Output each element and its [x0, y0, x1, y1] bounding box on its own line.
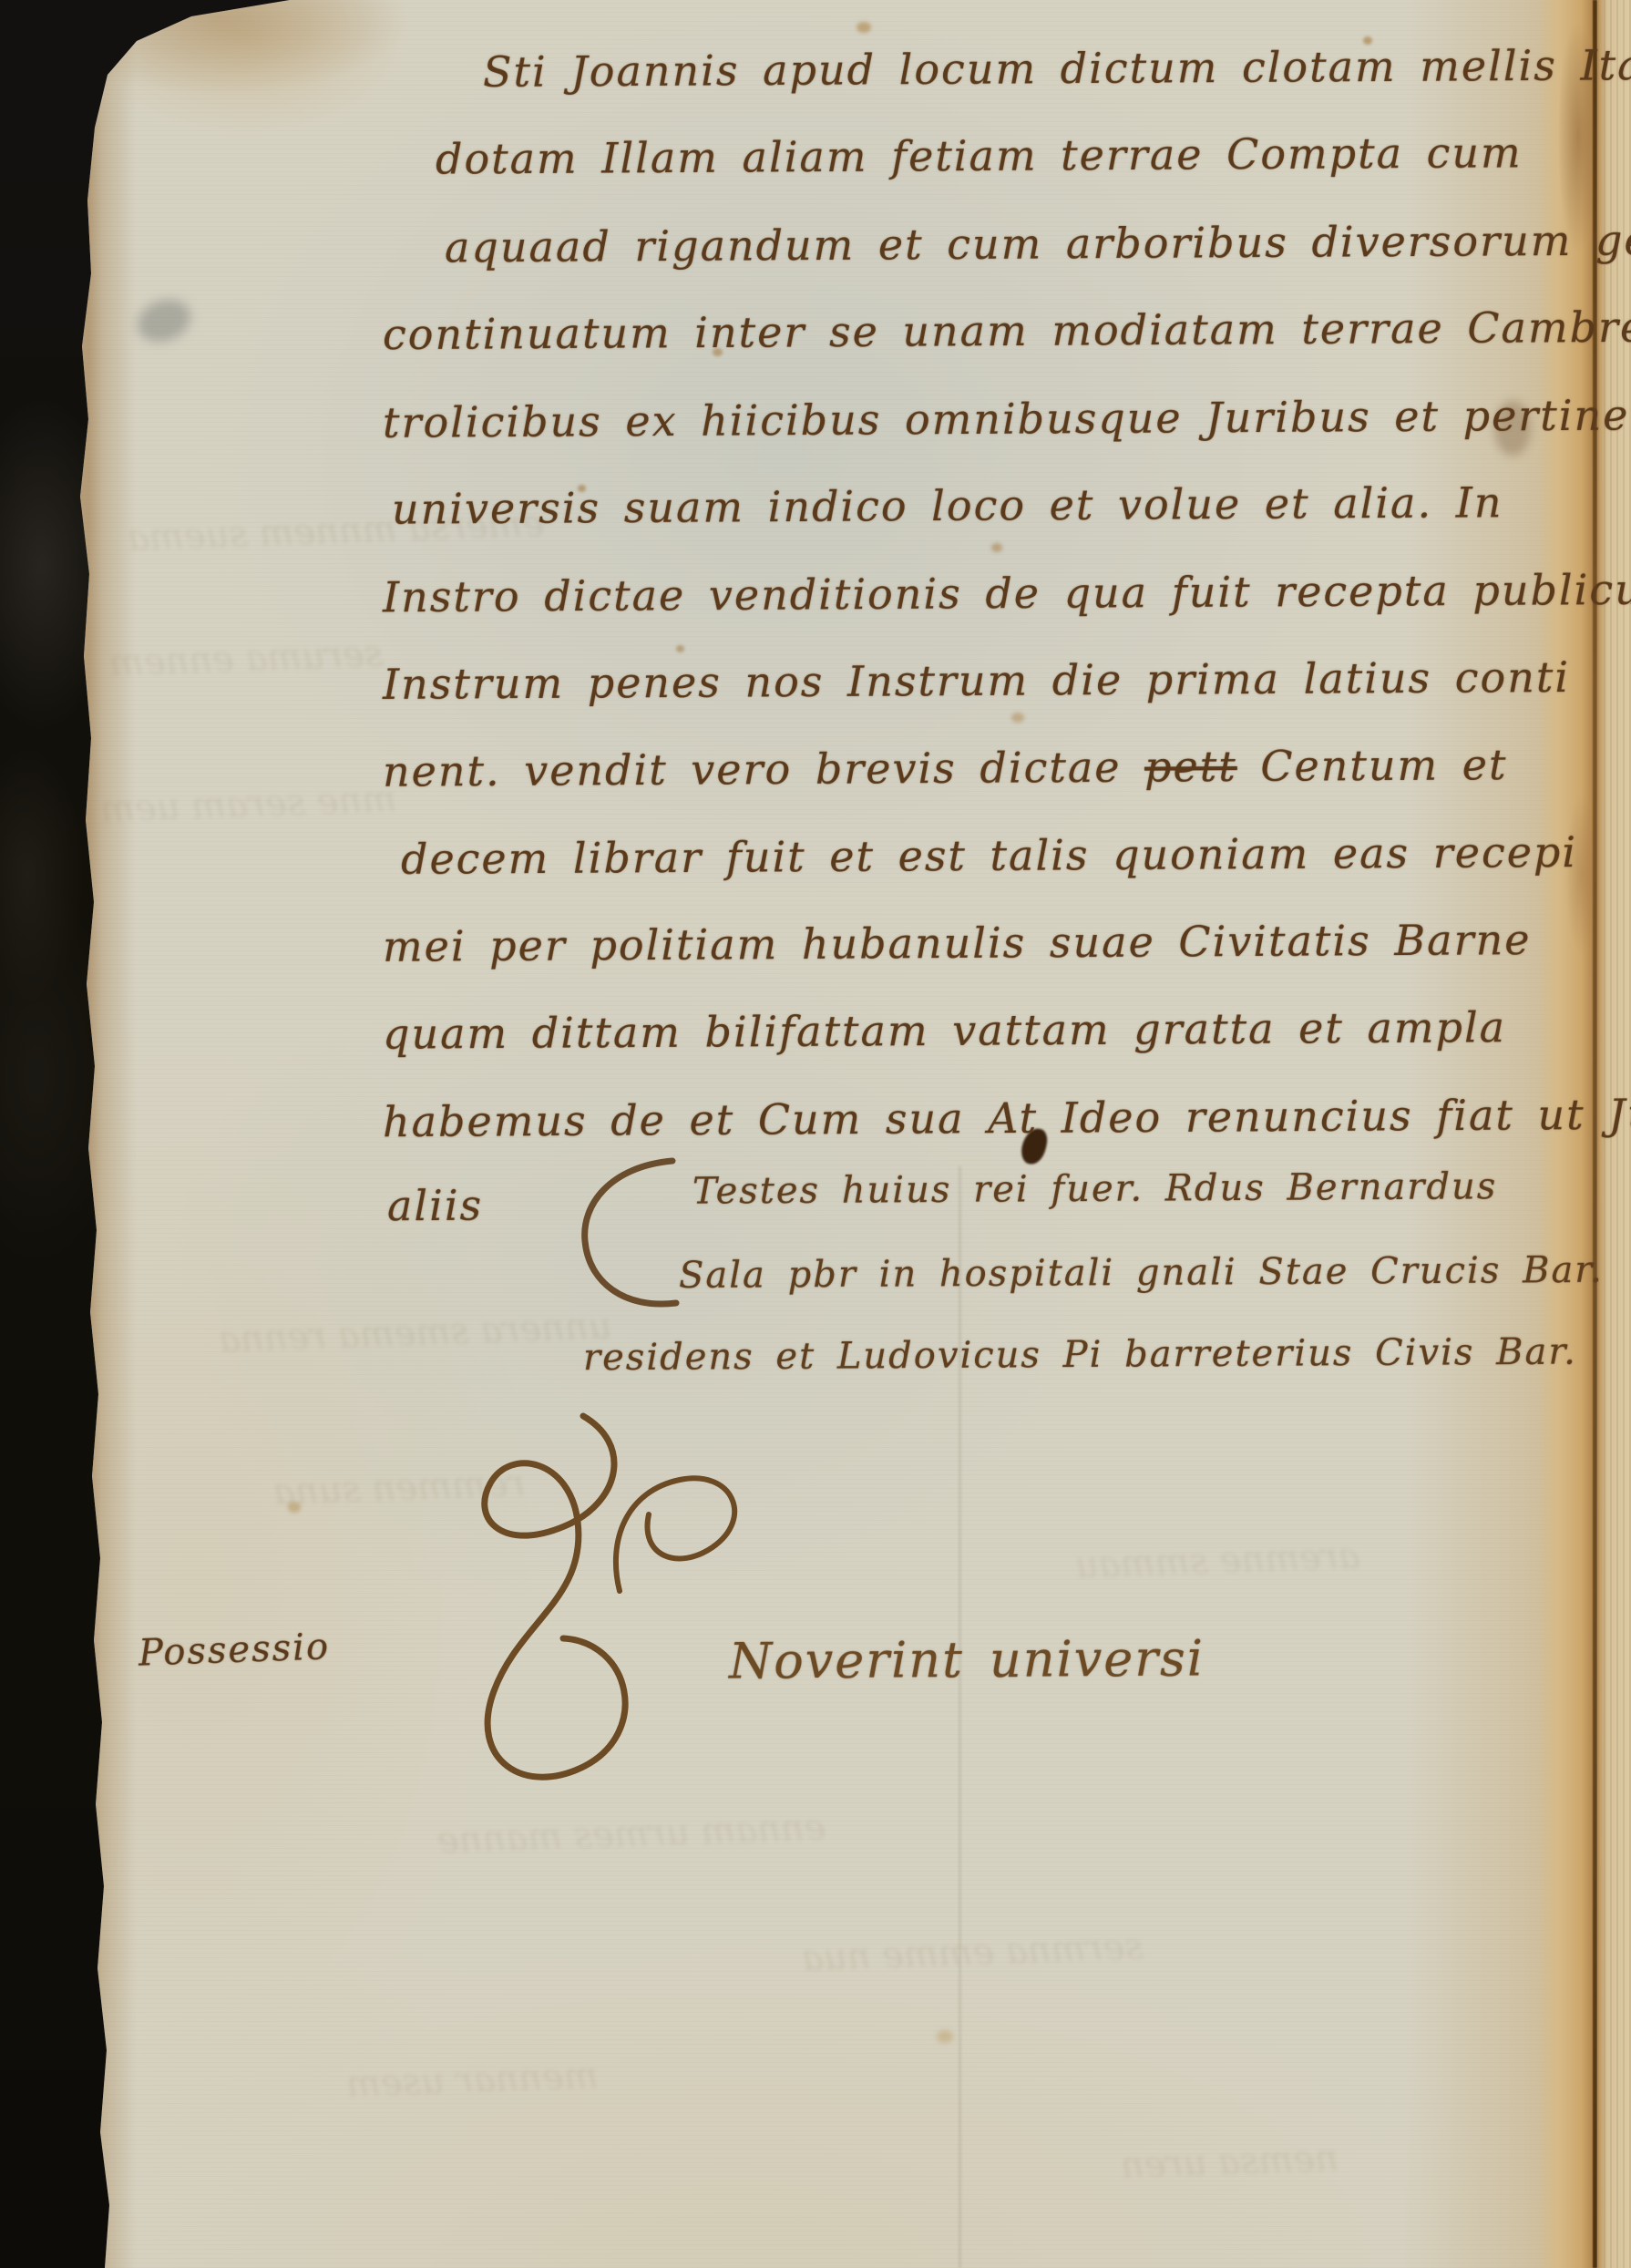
- manuscript-line: universis suam indico loco et volue et a…: [392, 477, 1503, 533]
- manuscript-line: trolicibus ex hiicibus omnibusque Juribu…: [383, 389, 1631, 447]
- manuscript-line: aliis: [387, 1181, 483, 1231]
- notarial-paraph-flourish: [392, 1403, 756, 1786]
- manuscript-line: Sti Joannis apud locum dictum clotam mel…: [483, 40, 1631, 97]
- manuscript-line: decem librar fuit et est talis quoniam e…: [401, 827, 1577, 884]
- manuscript-line: aquaad rigandum et cum arboribus diverso…: [445, 214, 1631, 272]
- line-segment: nent. vendit vero brevis dictae: [383, 743, 1144, 796]
- witness-line: Testes huius rei fuer. Rdus Bernardus: [692, 1165, 1498, 1212]
- manuscript-line: continuatum inter se unam modiatam terra…: [383, 303, 1631, 359]
- margin-annotation: Possessio: [138, 1626, 331, 1674]
- foxing-spot: [857, 22, 871, 33]
- manuscript-line: dotam Illam aliam fetiam terrae Compta c…: [436, 128, 1523, 183]
- paper-crease: [959, 1166, 961, 2268]
- foxing-spot: [937, 2030, 953, 2043]
- foxing-spot: [991, 543, 1002, 552]
- foxing-spot: [676, 645, 684, 652]
- manuscript-line: Instro dictae venditionis de qua fuit re…: [383, 565, 1631, 622]
- line-segment: Centum et: [1237, 740, 1508, 791]
- struck-word: pett: [1144, 742, 1237, 792]
- manuscript-line: mei per politiam hubanulis suae Civitati…: [383, 915, 1532, 971]
- bleedthrough-ghost-line: nemsa uren: [1120, 2138, 1339, 2187]
- next-act-opening: Noverint universi: [729, 1629, 1205, 1689]
- manuscript-line: quam dittam bilifattam vattam gratta et …: [383, 1002, 1506, 1059]
- manuscript-line: habemus de et Cum sua At Ideo renuncius …: [383, 1090, 1631, 1147]
- manuscript-line: nent. vendit vero brevis dictae pett Cen…: [383, 740, 1508, 796]
- bleedthrough-ghost-line: mennar usem: [345, 2055, 599, 2106]
- foxing-spot: [1011, 713, 1024, 723]
- manuscript-line: Instrum penes nos Instrum die prima lati…: [383, 652, 1570, 709]
- witness-line: residens et Ludovicus Pi barreterius Civ…: [583, 1331, 1577, 1380]
- witness-line: Sala pbr in hospitali gnali Stae Crucis …: [679, 1249, 1604, 1297]
- manuscript-scan: emersa mnnem suema seruma ennem mne sera…: [0, 0, 1631, 2268]
- witness-bracket-flourish: [574, 1150, 683, 1323]
